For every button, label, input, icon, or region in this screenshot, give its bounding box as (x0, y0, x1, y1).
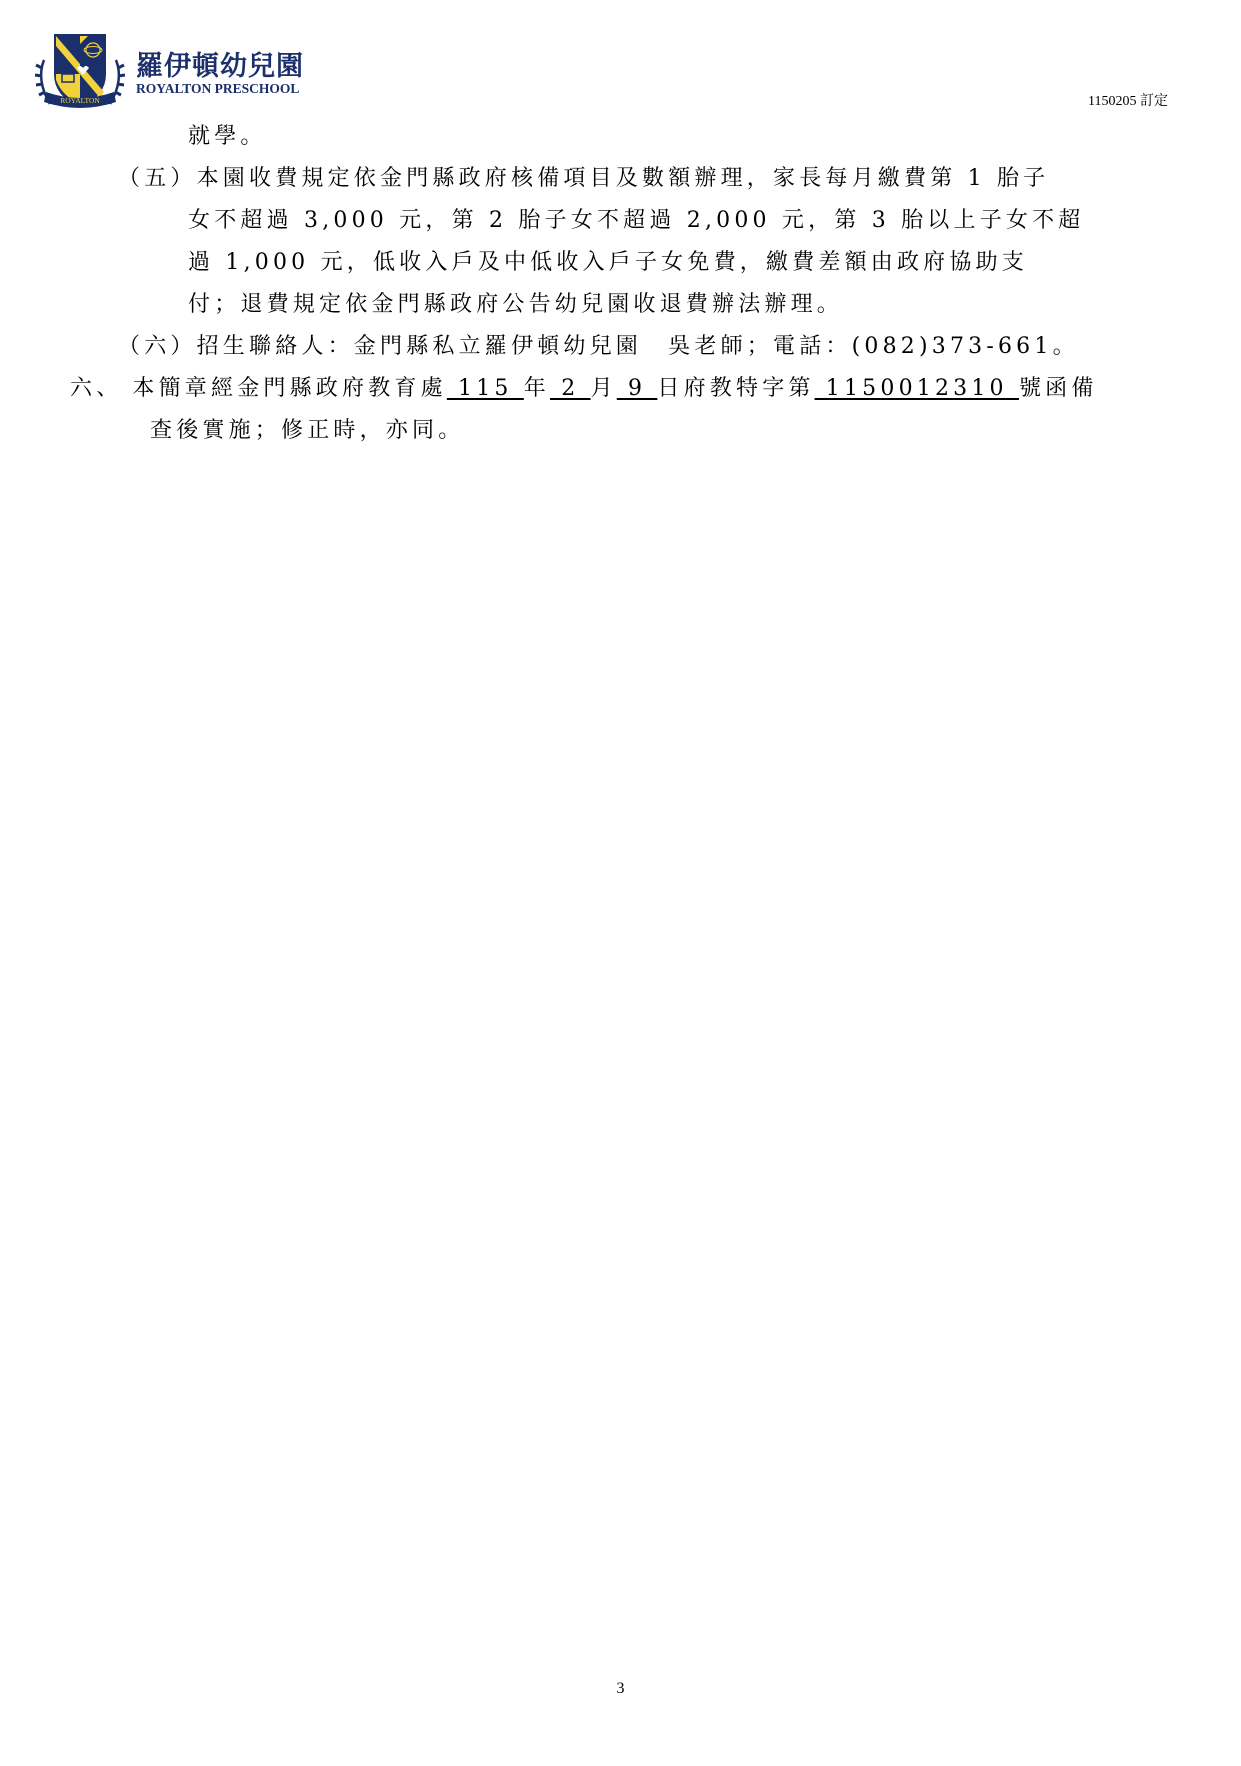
page-number: 3 (0, 1680, 1241, 1698)
section-6-marker: 六、 (70, 376, 122, 401)
school-logo: ROYALTON 羅伊頓幼兒園 ROYALTON PRESCHOOL (30, 30, 330, 115)
revision-date-label: 1150205 訂定 (1088, 90, 1168, 110)
item-6-contact: （六）招生聯絡人：金門縣私立羅伊頓幼兒園 吳老師；電話：(082)373-661… (118, 332, 1079, 362)
item-5-line-2: 女不超過 3,000 元，第 2 胎子女不超過 2,000 元，第 3 胎以上子… (188, 206, 1085, 236)
school-name-english: ROYALTON PRESCHOOL (136, 81, 299, 97)
school-crest-icon: ROYALTON (30, 30, 130, 115)
month-unit: 月 (591, 376, 617, 401)
section-6-approval: 六、本簡章經金門縣政府教育處 115 年 2 月 9 日府教特字第 115001… (70, 374, 1098, 404)
approval-text-end: 號函備 (1019, 376, 1098, 401)
item-5-line-4: 付；退費規定依金門縣政府公告幼兒園收退費辦法辦理。 (188, 290, 843, 320)
section-6-line-2: 查後實施；修正時，亦同。 (150, 416, 464, 446)
school-name-chinese: 羅伊頓幼兒園 (136, 44, 304, 83)
svg-text:ROYALTON: ROYALTON (60, 96, 100, 105)
approval-month: 2 (550, 376, 591, 401)
approval-year: 115 (447, 376, 524, 401)
text-line-continuation: 就學。 (188, 122, 267, 152)
item-5-fees: （五）本園收費規定依金門縣政府核備項目及數額辦理，家長每月繳費第 1 胎子 (118, 164, 1049, 194)
item-5-line-3: 過 1,000 元，低收入戶及中低收入戶子女免費，繳費差額由政府協助支 (188, 248, 1028, 278)
year-unit: 年 (524, 376, 550, 401)
approval-doc-number: 1150012310 (815, 376, 1019, 401)
day-unit: 日府教特字第 (657, 376, 814, 401)
approval-text: 本簡章經金門縣政府教育處 (132, 376, 446, 401)
approval-day: 9 (617, 376, 658, 401)
